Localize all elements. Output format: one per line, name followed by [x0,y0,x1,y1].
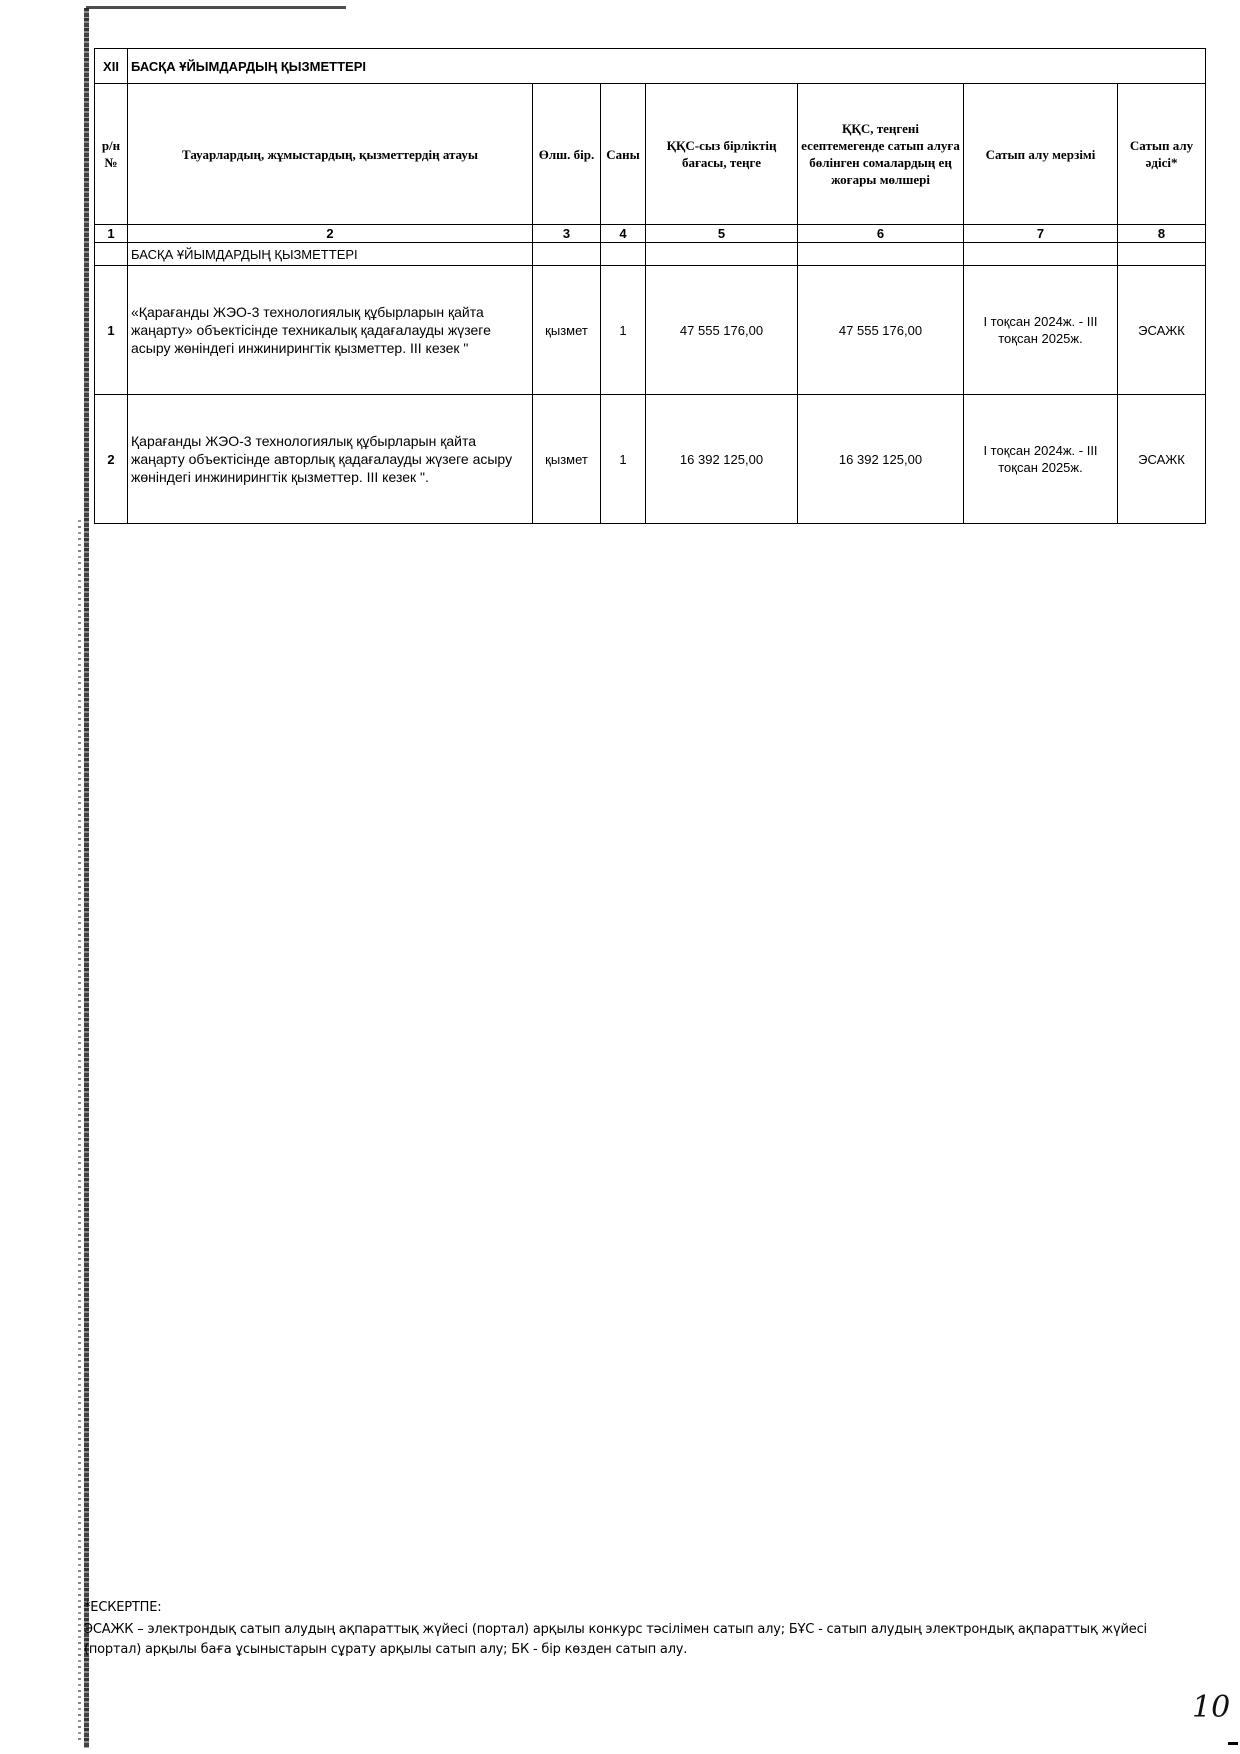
header-name: Тауарлардың, жұмыстардың, қызметтердің а… [128,84,533,225]
row-unit: қызмет [533,266,601,395]
row-unit: қызмет [533,395,601,524]
section-number: XII [95,49,128,84]
column-number: 5 [646,225,798,243]
page-number: 10 [1192,1690,1230,1725]
column-number: 7 [964,225,1118,243]
row-unit-price: 16 392 125,00 [646,395,798,524]
header-max-amount: ҚҚС, теңгені есептемегенде сатып алуға б… [798,84,964,225]
row-quantity: 1 [601,395,646,524]
row-max-amount: 16 392 125,00 [798,395,964,524]
subsection-label: БАСҚА ҰЙЫМДАРДЫҢ ҚЫЗМЕТТЕРІ [128,243,533,266]
row-method: ЭСАЖК [1118,266,1206,395]
row-period: I тоқсан 2024ж. - III тоқсан 2025ж. [964,395,1118,524]
procurement-table: XII БАСҚА ҰЙЫМДАРДЫҢ ҚЫЗМЕТТЕРІ р/н № Та… [94,48,1206,524]
header-index: р/н № [95,84,128,225]
column-number: 3 [533,225,601,243]
row-quantity: 1 [601,266,646,395]
column-number: 1 [95,225,128,243]
column-number: 4 [601,225,646,243]
column-number: 8 [1118,225,1206,243]
scan-edge-artifact [78,520,81,1740]
column-number-row: 1 2 3 4 5 6 7 8 [95,225,1206,243]
header-unit: Өлш. бір. [533,84,601,225]
row-unit-price: 47 555 176,00 [646,266,798,395]
column-header-row: р/н № Тауарлардың, жұмыстардың, қызметте… [95,84,1206,225]
row-name: «Қарағанды ЖЭО-3 технологиялық құбырлары… [128,266,533,395]
footnote: *ЕСКЕРТПЕ: ЭСАЖК – электрондық сатып алу… [84,1598,1204,1660]
scan-edge-artifact [86,6,346,9]
footnote-text: ЭСАЖК – электрондық сатып алудың ақпарат… [84,1620,1204,1660]
section-title: БАСҚА ҰЙЫМДАРДЫҢ ҚЫЗМЕТТЕРІ [128,49,1206,84]
row-period: I тоқсан 2024ж. - III тоқсан 2025ж. [964,266,1118,395]
table-row: 2 Қарағанды ЖЭО-3 технологиялық құбырлар… [95,395,1206,524]
row-max-amount: 47 555 176,00 [798,266,964,395]
header-period: Сатып алу мерзімі [964,84,1118,225]
row-index: 1 [95,266,128,395]
table-row: 1 «Қарағанды ЖЭО-3 технологиялық құбырла… [95,266,1206,395]
row-name: Қарағанды ЖЭО-3 технологиялық құбырларын… [128,395,533,524]
row-index: 2 [95,395,128,524]
column-number: 2 [128,225,533,243]
section-header-row: XII БАСҚА ҰЙЫМДАРДЫҢ ҚЫЗМЕТТЕРІ [95,49,1206,84]
footnote-title: *ЕСКЕРТПЕ: [84,1598,1204,1618]
subsection-row: БАСҚА ҰЙЫМДАРДЫҢ ҚЫЗМЕТТЕРІ [95,243,1206,266]
scan-mark [1228,1742,1238,1745]
header-method: Сатып алу әдісі* [1118,84,1206,225]
header-quantity: Саны [601,84,646,225]
header-unit-price: ҚҚС-сыз бірліктің бағасы, теңге [646,84,798,225]
row-method: ЭСАЖК [1118,395,1206,524]
scan-edge-artifact [84,8,89,1748]
column-number: 6 [798,225,964,243]
